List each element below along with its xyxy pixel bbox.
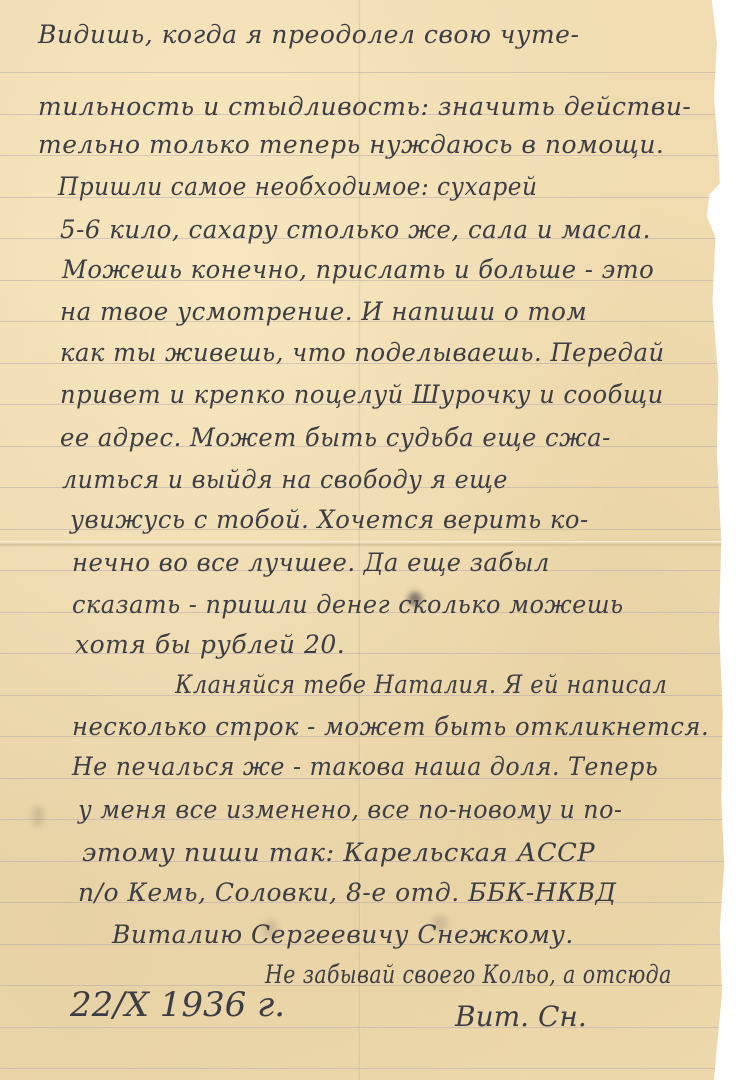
handwritten-line: на твое усмотрение. И напиши о том (60, 297, 587, 326)
handwritten-line: увижусь с тобой. Хочется верить ко- (70, 505, 589, 534)
handwritten-line: несколько строк - может быть откликнется… (72, 712, 709, 741)
handwritten-line: Можешь конечно, прислать и больше - это (62, 255, 654, 284)
handwritten-line: у меня все изменено, все по-новому и по- (78, 795, 622, 824)
handwritten-line: тильность и стыдливость: значить действи… (38, 92, 691, 121)
handwritten-line: ее адрес. Может быть судьба еще сжа- (60, 423, 611, 452)
handwritten-line: хотя бы рублей 20. (75, 630, 345, 659)
ruled-line (0, 72, 730, 73)
handwritten-line: Виталию Сергеевичу Снежкому. (112, 920, 574, 949)
letter-paper: Видишь, когда я преодолел свою чуте-тиль… (0, 0, 730, 1080)
signature: Вит. Сн. (455, 1000, 587, 1033)
handwritten-line: Видишь, когда я преодолел свою чуте- (38, 20, 579, 49)
handwritten-line: Кланяйся тебе Наталия. Я ей написал (175, 670, 667, 699)
handwritten-line: как ты живешь, что поделываешь. Передай (60, 338, 665, 367)
letter-date: 22/X 1936 г. (70, 985, 285, 1025)
handwritten-line: тельно только теперь нуждаюсь в помощи. (38, 130, 664, 159)
handwritten-line: Пришли самое необходимое: сухарей (58, 172, 537, 201)
handwritten-line: литься и выйдя на свободу я еще (62, 465, 508, 494)
ruled-line (0, 1068, 730, 1069)
handwritten-line: п/о Кемь, Соловки, 8-е отд. ББК-НКВД (78, 878, 617, 907)
ruled-line (0, 1027, 730, 1028)
vertical-fold-crease (358, 0, 361, 1080)
ink-smudge (32, 805, 44, 827)
handwritten-line: нечно во все лучшее. Да еще забыл (72, 548, 550, 577)
horizontal-fold-crease (0, 541, 730, 547)
handwritten-line: этому пиши так: Карельская АССР (82, 838, 595, 867)
handwritten-line: сказать - пришли денег сколько можешь (72, 590, 624, 619)
handwritten-line: привет и крепко поцелуй Шурочку и сообщи (60, 380, 664, 409)
handwritten-line: Не забывай своего Кольо, а отсюда (265, 960, 672, 989)
handwritten-line: Не печалься же - такова наша доля. Тепер… (72, 752, 658, 781)
handwritten-line: 5-6 кило, сахару столько же, сала и масл… (60, 215, 651, 244)
